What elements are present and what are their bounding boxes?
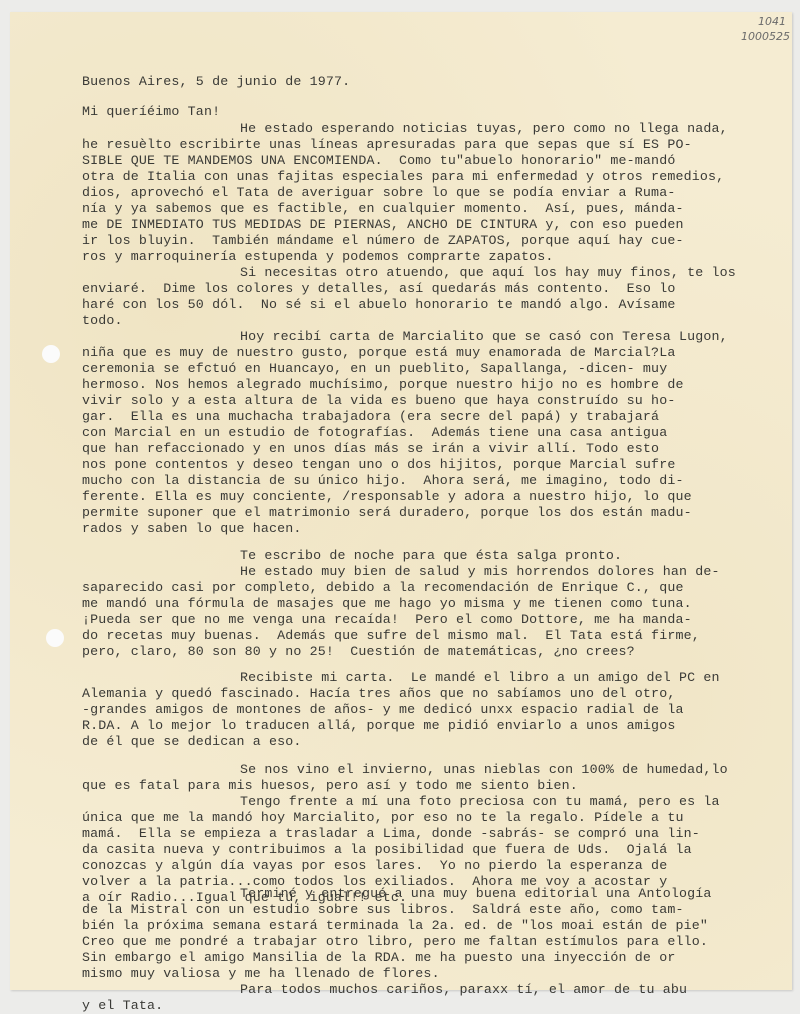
letter-line: enviaré. Dime los colores y detalles, as…: [82, 281, 675, 297]
letter-line: Terminé y entregué a una muy buena edito…: [240, 886, 712, 902]
letter-line: ir los bluyin. También mándame el número…: [82, 233, 684, 249]
letter-line: SIBLE QUE TE MANDEMOS UNA ENCOMIENDA. Co…: [82, 153, 675, 169]
letter-line: ¡Pueda ser que no me venga una recaída! …: [82, 612, 692, 628]
punch-hole-bottom: [46, 629, 64, 647]
date-line: Buenos Aires, 5 de junio de 1977.: [82, 74, 350, 90]
letter-line: He estado esperando noticias tuyas, pero…: [240, 121, 728, 137]
letter-line: Sin embargo el amigo Mansilia de la RDA.…: [82, 950, 675, 966]
letter-line: vivir solo y a esta altura de la vida es…: [82, 393, 675, 409]
letter-line: Tengo frente a mí una foto preciosa con …: [240, 794, 720, 810]
letter-line: de la Mistral con un estudio sobre sus l…: [82, 902, 684, 918]
letter-line: Te escribo de noche para que ésta salga …: [240, 548, 622, 564]
closing-line: Para todos muchos cariños, paraxx tí, el…: [240, 982, 687, 998]
letter-line: mismo muy valiosa y me ha llenado de flo…: [82, 966, 440, 982]
letter-line: -grandes amigos de montones de años- y m…: [82, 702, 684, 718]
letter-line: Recibiste mi carta. Le mandé el libro a …: [240, 670, 720, 686]
letter-line: que es fatal para mis huesos, pero así y…: [82, 778, 578, 794]
letter-line: bién la próxima semana estará terminada …: [82, 918, 708, 934]
letter-line: nos pone contentos y deseo tengan uno o …: [82, 457, 675, 473]
letter-line: ros y marroquinería estupenda y podemos …: [82, 249, 554, 265]
letter-line: niña que es muy de nuestro gusto, porque…: [82, 345, 675, 361]
letter-line: nía y ya sabemos que es factible, en cua…: [82, 201, 684, 217]
letter-line: do recetas muy buenas. Además que sufre …: [82, 628, 700, 644]
letter-line: que han refaccionado y en unos días más …: [82, 441, 659, 457]
letter-line: me DE INMEDIATO TUS MEDIDAS DE PIERNAS, …: [82, 217, 684, 233]
letter-line: otra de Italia con unas fajitas especial…: [82, 169, 724, 185]
letter-line: Alemania y quedó fascinado. Hacía tres a…: [82, 686, 675, 702]
letter-line: Si necesitas otro atuendo, que aquí los …: [240, 265, 736, 281]
letter-line: haré con los 50 dól. No sé si el abuelo …: [82, 297, 675, 313]
letter-line: mucho con la distancia de su único hijo.…: [82, 473, 684, 489]
letter-line: Se nos vino el invierno, unas nieblas co…: [240, 762, 728, 778]
letter-line: con Marcial en un estudio de fotografías…: [82, 425, 667, 441]
letter-line: pero, claro, 80 son 80 y no 25! Cuestión…: [82, 644, 635, 660]
letter-line: gar. Ella es una muchacha trabajadora (e…: [82, 409, 659, 425]
letter-line: R.DA. A lo mejor lo traducen allá, porqu…: [82, 718, 675, 734]
letter-line: hermoso. Nos hemos alegrado muchísimo, p…: [82, 377, 684, 393]
letter-line: Creo que me pondré a trabajar otro libro…: [82, 934, 708, 950]
salutation: Mi queríéimo Tan!: [82, 104, 220, 120]
letter-line: mamá. Ella se empieza a trasladar a Lima…: [82, 826, 700, 842]
letter-line: he resuèlto escribirte unas líneas apres…: [82, 137, 692, 153]
archive-number-1: 1041: [752, 15, 786, 28]
signature-line: y el Tata.: [82, 998, 163, 1006]
letter-line: rados y saben lo que hacen.: [82, 521, 302, 537]
letter-line: Hoy recibí carta de Marcialito que se ca…: [240, 329, 728, 345]
letter-line: da casita nueva y contribuimos a la posi…: [82, 842, 692, 858]
letter-line: dios, aprovechó el Tata de averiguar sob…: [82, 185, 675, 201]
letter-line: todo.: [82, 313, 123, 329]
letter-line: conozcas y algún día vayas por esos lare…: [82, 858, 667, 874]
punch-hole-top: [42, 345, 60, 363]
letter-line: de él que se dedican a eso.: [82, 734, 302, 750]
letter-line: He estado muy bien de salud y mis horren…: [240, 564, 720, 580]
letter-line: única que me la mandó hoy Marcialito, po…: [82, 810, 684, 826]
letter-line: ferente. Ella es muy conciente, /respons…: [82, 489, 692, 505]
letter-line: saparecido casi por completo, debido a l…: [82, 580, 684, 596]
letter-line: ceremonia se efctuó en Huancayo, en un p…: [82, 361, 667, 377]
letter-line: me mandó una fórmula de masajes que me h…: [82, 596, 692, 612]
archive-number-2: 1000525: [728, 30, 790, 43]
letter-line: permite suponer que el matrimonio será d…: [82, 505, 692, 521]
